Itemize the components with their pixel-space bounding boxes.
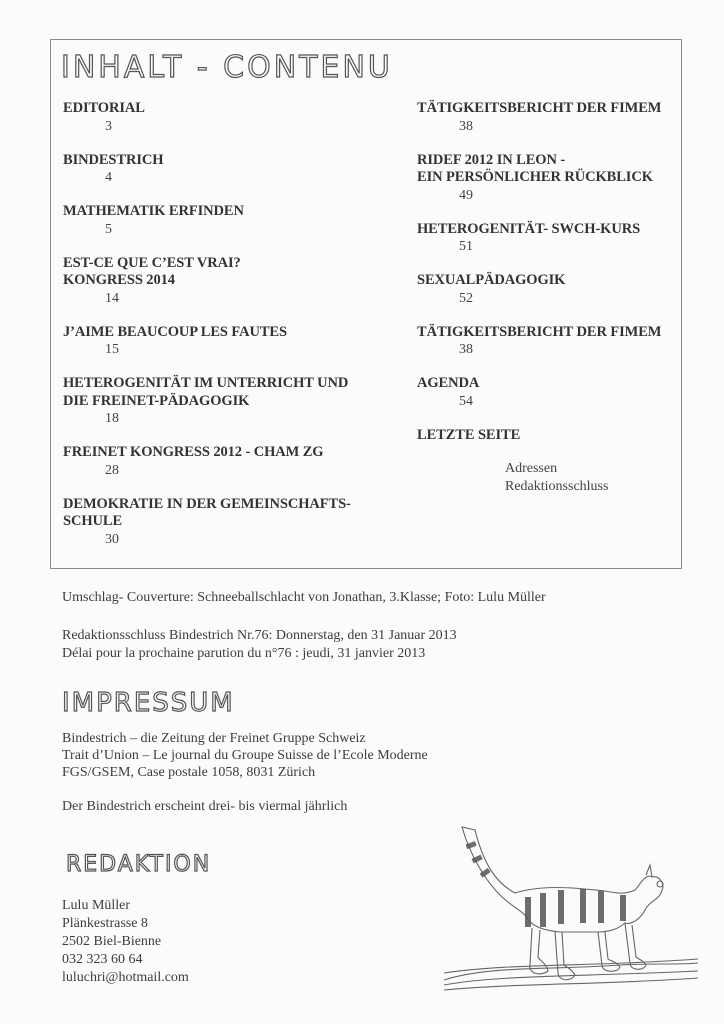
impressum-line: Bindestrich – die Zeitung der Freinet Gr…: [62, 730, 366, 748]
toc-right-column: TÄTIGKEITSBERICHT DER FIMEM 38 RIDEF 201…: [417, 100, 679, 513]
toc-left-column: EDITORIAL 3 BINDESTRICH 4 MATHEMATIK ERF…: [63, 100, 393, 565]
toc-entry: DEMOKRATIE IN DER GEMEINSCHAFTS- SCHULE …: [63, 496, 393, 548]
striped-cat-drawing-icon: [440, 815, 702, 995]
editor-email[interactable]: luluchri@hotmail.com: [62, 969, 189, 987]
editor-city: 2502 Biel-Bienne: [62, 933, 161, 951]
entry-page: 3: [63, 118, 393, 135]
toc-entry: J’AIME BEAUCOUP LES FAUTES 15: [63, 324, 393, 359]
entry-title: HETEROGENITÄT IM UNTERRICHT UND DIE FREI…: [63, 375, 393, 410]
entry-page: 49: [417, 187, 679, 204]
deadline-fr: Délai pour la prochaine parution du n°76…: [62, 645, 425, 663]
entry-page: 38: [417, 118, 679, 135]
entry-page: 15: [63, 341, 393, 358]
toc-entry: FREINET KONGRESS 2012 - CHAM ZG 28: [63, 444, 393, 479]
entry-page: 28: [63, 462, 393, 479]
toc-entry: TÄTIGKEITSBERICHT DER FIMEM 38: [417, 100, 679, 135]
entry-page: 14: [63, 290, 393, 307]
table-of-contents: INHALT - CONTENU EDITORIAL 3 BINDESTRICH…: [50, 39, 682, 569]
toc-entry: TÄTIGKEITSBERICHT DER FIMEM 38: [417, 324, 679, 359]
cover-credit: Umschlag- Couverture: Schneeballschlacht…: [62, 589, 546, 607]
entry-title: LETZTE SEITE: [417, 427, 679, 445]
editor-name: Lulu Müller: [62, 897, 130, 915]
toc-entry: RIDEF 2012 IN LEON - EIN PERSÖNLICHER RÜ…: [417, 152, 679, 204]
entry-page: 54: [417, 393, 679, 410]
toc-entry: HETEROGENITÄT IM UNTERRICHT UND DIE FREI…: [63, 375, 393, 427]
toc-entry: SEXUALPÄDAGOGIK 52: [417, 272, 679, 307]
impressum-heading: IMPRESSUM: [62, 688, 235, 718]
deadline-de: Redaktionsschluss Bindestrich Nr.76: Don…: [62, 627, 457, 645]
entry-title: FREINET KONGRESS 2012 - CHAM ZG: [63, 444, 393, 462]
editor-phone: 032 323 60 64: [62, 951, 143, 969]
impressum-frequency: Der Bindestrich erscheint drei- bis vier…: [62, 798, 347, 816]
redaktion-heading: REDAKTION: [66, 852, 211, 877]
toc-entry: AGENDA 54: [417, 375, 679, 410]
editor-email-link[interactable]: luluchri@hotmail.com: [62, 970, 189, 985]
toc-heading: INHALT - CONTENU: [61, 50, 393, 85]
entry-title: HETEROGENITÄT- SWCH-KURS: [417, 221, 679, 239]
entry-title: EDITORIAL: [63, 100, 393, 118]
entry-title: TÄTIGKEITSBERICHT DER FIMEM: [417, 324, 679, 342]
impressum-line: Trait d’Union – Le journal du Groupe Sui…: [62, 747, 428, 765]
entry-page: 38: [417, 341, 679, 358]
entry-title: AGENDA: [417, 375, 679, 393]
entry-title: RIDEF 2012 IN LEON - EIN PERSÖNLICHER RÜ…: [417, 152, 679, 187]
toc-entry: HETEROGENITÄT- SWCH-KURS 51: [417, 221, 679, 256]
entry-sub-item: Adressen: [417, 460, 679, 478]
toc-entry: EST-CE QUE C’EST VRAI? KONGRESS 2014 14: [63, 255, 393, 307]
toc-entry: EDITORIAL 3: [63, 100, 393, 135]
entry-page: 51: [417, 238, 679, 255]
entry-title: MATHEMATIK ERFINDEN: [63, 203, 393, 221]
entry-title: EST-CE QUE C’EST VRAI? KONGRESS 2014: [63, 255, 393, 290]
toc-entry: MATHEMATIK ERFINDEN 5: [63, 203, 393, 238]
entry-title: TÄTIGKEITSBERICHT DER FIMEM: [417, 100, 679, 118]
toc-entry-last-page: LETZTE SEITE Adressen Redaktionsschluss: [417, 427, 679, 497]
entry-title: SEXUALPÄDAGOGIK: [417, 272, 679, 290]
editor-street: Plänkestrasse 8: [62, 915, 148, 933]
entry-page: 4: [63, 169, 393, 186]
entry-page: 5: [63, 221, 393, 238]
entry-title: DEMOKRATIE IN DER GEMEINSCHAFTS- SCHULE: [63, 496, 393, 531]
impressum-address: FGS/GSEM, Case postale 1058, 8031 Zürich: [62, 764, 315, 782]
entry-title: BINDESTRICH: [63, 152, 393, 170]
entry-sub-item: Redaktionsschluss: [417, 478, 679, 496]
toc-entry: BINDESTRICH 4: [63, 152, 393, 187]
entry-page: 18: [63, 410, 393, 427]
entry-page: 52: [417, 290, 679, 307]
entry-page: 30: [63, 531, 393, 548]
entry-title: J’AIME BEAUCOUP LES FAUTES: [63, 324, 393, 342]
